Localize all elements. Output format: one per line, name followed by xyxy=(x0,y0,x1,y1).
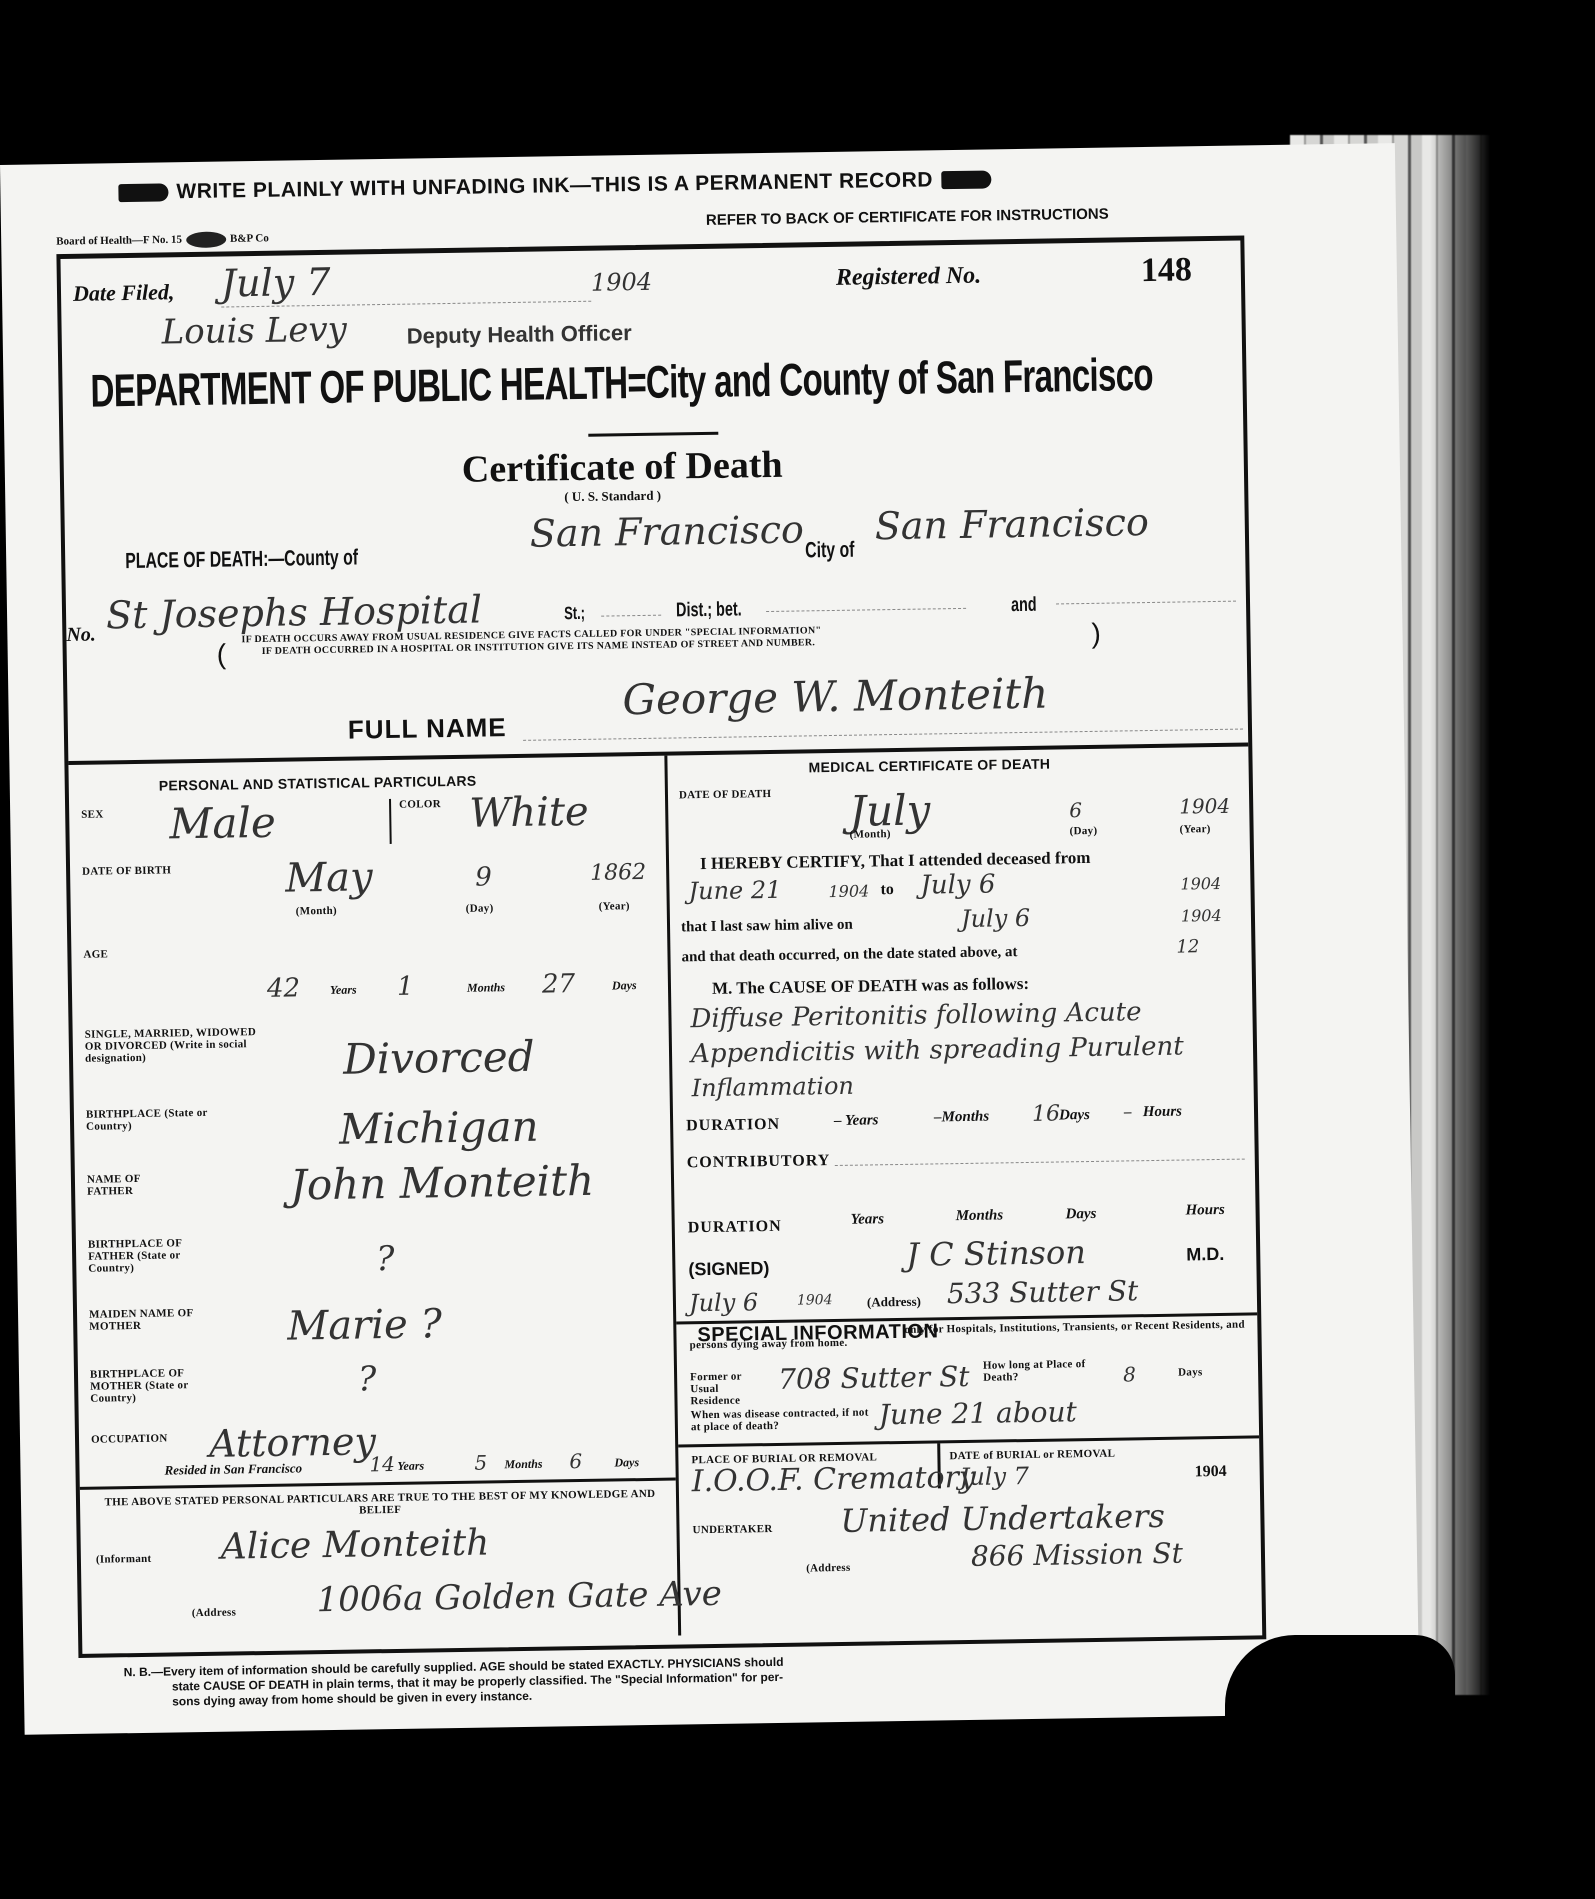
sex-label: SEX xyxy=(81,808,103,820)
burial-place-value: I.O.O.F. Crematory xyxy=(691,1460,976,1499)
resided-days: 6 xyxy=(569,1449,582,1473)
residence-value: 708 Sutter St xyxy=(778,1360,970,1396)
officer-signature: Louis Levy xyxy=(161,310,347,353)
attestation: THE ABOVE STATED PERSONAL PARTICULARS AR… xyxy=(90,1488,670,1521)
burial-date-label: DATE of BURIAL or REMOVAL xyxy=(949,1448,1115,1463)
how-long-value: 8 xyxy=(1123,1362,1136,1386)
certificate-page: WRITE PLAINLY WITH UNFADING INK—THIS IS … xyxy=(0,143,1419,1735)
signed-label: (SIGNED) xyxy=(688,1258,769,1280)
death-time: 12 xyxy=(1176,936,1199,957)
last-saw-label: that I last saw him alive on xyxy=(681,917,853,937)
age-months: 1 xyxy=(397,972,414,1002)
md-label: M.D. xyxy=(1186,1244,1224,1266)
resided-months: 5 xyxy=(474,1451,487,1475)
to-label: to xyxy=(880,881,894,899)
undertaker-label: UNDERTAKER xyxy=(692,1523,772,1536)
dod-day-caption: (Day) xyxy=(1070,825,1098,837)
residence-label: Former or Usual Residence xyxy=(690,1370,771,1407)
number-label: No. xyxy=(66,624,96,647)
thumb-shadow xyxy=(1225,1635,1455,1815)
informant-address: 1006a Golden Gate Ave xyxy=(316,1574,722,1620)
union-seal-icon xyxy=(186,231,226,248)
street-label: St.; xyxy=(564,603,585,624)
resided-days-caption: Days xyxy=(614,1455,639,1470)
undertaker-address-label: (Address xyxy=(806,1562,851,1575)
marital-label: SINGLE, MARRIED, WIDOWED OR DIVORCED (Wr… xyxy=(85,1026,266,1065)
medical-heading: MEDICAL CERTIFICATE OF DEATH xyxy=(808,756,1050,776)
cause-line-1: Diffuse Peritonitis following Acute xyxy=(690,997,1141,1034)
full-name-value: George W. Monteith xyxy=(622,669,1049,725)
marital-value: Divorced xyxy=(343,1032,535,1084)
physician-signature: J C Stinson xyxy=(906,1233,1086,1274)
resided-months-caption: Months xyxy=(504,1457,542,1473)
ink-warning: WRITE PLAINLY WITH UNFADING INK—THIS IS … xyxy=(110,167,999,205)
mother-label: MAIDEN NAME OF MOTHER xyxy=(89,1307,219,1333)
duration2-months: Months xyxy=(956,1207,1004,1225)
signed-year: 1904 xyxy=(797,1292,833,1309)
how-long-label: How long at Place of Death? xyxy=(983,1358,1093,1384)
informant-address-label: (Address xyxy=(192,1606,237,1619)
physician-address: 533 Sutter St xyxy=(947,1274,1139,1310)
attended-to: July 6 xyxy=(920,869,995,900)
birthplace-value: Michigan xyxy=(339,1102,539,1154)
officer-title: Deputy Health Officer xyxy=(407,320,632,350)
burial-date-value: July 7 xyxy=(960,1462,1030,1491)
birthplace-label: BIRTHPLACE (State or Country) xyxy=(86,1107,226,1133)
father-birthplace-label: BIRTHPLACE OF FATHER (State or Country) xyxy=(88,1237,229,1275)
last-saw-year: 1904 xyxy=(1181,906,1222,926)
us-standard: ( U. S. Standard ) xyxy=(564,488,661,506)
county-value: San Francisco xyxy=(530,507,805,555)
duration-months: –Months xyxy=(934,1109,989,1127)
resided-label: Resided in San Francisco xyxy=(164,1460,302,1478)
dod-year: 1904 xyxy=(1179,794,1230,819)
resided-years: 14 xyxy=(369,1452,395,1476)
informant-value: Alice Monteith xyxy=(220,1522,489,1567)
undertaker-value: United Undertakers xyxy=(840,1497,1165,1540)
pointing-hand-icon xyxy=(118,184,168,203)
dob-month: May xyxy=(285,854,373,901)
mother-value: Marie ? xyxy=(287,1301,442,1349)
age-label: AGE xyxy=(83,948,108,960)
certificate-title: Certificate of Death xyxy=(461,443,782,492)
years-caption: Years xyxy=(330,983,357,998)
date-filed-label: Date Filed, xyxy=(73,279,175,307)
dob-label: DATE OF BIRTH xyxy=(82,864,171,877)
year-caption: (Year) xyxy=(599,900,630,912)
dod-label: DATE OF DEATH xyxy=(679,788,772,801)
day-caption: (Day) xyxy=(466,902,494,914)
occupation-label: OCCUPATION xyxy=(91,1433,168,1446)
undertaker-address: 866 Mission St xyxy=(971,1537,1183,1573)
how-long-unit: Days xyxy=(1178,1366,1203,1378)
duration-days-caption: Days xyxy=(1059,1107,1090,1124)
occurred-label: and that death occurred, on the date sta… xyxy=(681,944,1017,966)
attended-from: June 21 xyxy=(688,876,781,905)
attended-to-year: 1904 xyxy=(1180,874,1221,894)
contributory-label: CONTRIBUTORY xyxy=(687,1152,831,1172)
mother-birthplace-value: ? xyxy=(358,1359,377,1399)
age-years: 42 xyxy=(267,973,301,1004)
signed-date: July 6 xyxy=(689,1288,759,1317)
institution-value: St Josephs Hospital xyxy=(106,587,483,637)
duration-years: – Years xyxy=(834,1112,879,1130)
days-caption: Days xyxy=(612,978,637,993)
place-of-death-label: PLACE OF DEATH:—County of xyxy=(125,542,485,574)
date-filed-value: July 7 xyxy=(221,260,331,306)
personal-heading: PERSONAL AND STATISTICAL PARTICULARS xyxy=(159,773,477,794)
resided-years-caption: Years xyxy=(397,1458,424,1473)
and-label: and xyxy=(1011,594,1037,617)
attended-from-year: 1904 xyxy=(828,881,869,901)
duration-label: DURATION xyxy=(686,1116,780,1135)
department-title: DEPARTMENT OF PUBLIC HEALTH=City and Cou… xyxy=(90,346,1214,418)
date-filed-year: 1904 xyxy=(591,268,653,297)
duration-hours: – Hours xyxy=(1124,1104,1182,1122)
father-value: John Monteith xyxy=(290,1156,595,1210)
cause-label: M. The CAUSE OF DEATH was as follows: xyxy=(712,974,1029,999)
months-caption: Months xyxy=(467,980,505,996)
certificate-form: Date Filed, July 7 1904 Registered No. 1… xyxy=(56,235,1266,1657)
last-saw-value: July 6 xyxy=(961,904,1031,933)
dod-day: 6 xyxy=(1069,798,1082,822)
father-birthplace-value: ? xyxy=(376,1239,395,1279)
full-name-label: FULL NAME xyxy=(348,712,507,745)
contracted-label: When was disease contracted, if not at p… xyxy=(691,1406,871,1433)
duration2-hours: Hours xyxy=(1185,1202,1224,1220)
color-label: COLOR xyxy=(399,798,441,811)
pointing-hand-icon xyxy=(941,171,991,190)
cause-line-3: Inflammation xyxy=(691,1072,854,1103)
dob-day: 9 xyxy=(475,862,492,892)
duration2-label: DURATION xyxy=(688,1218,782,1237)
district-label: Dist.; bet. xyxy=(676,598,742,622)
mother-birthplace-label: BIRTHPLACE OF MOTHER (State or Country) xyxy=(90,1367,231,1405)
contracted-value: June 21 about xyxy=(878,1395,1077,1431)
father-label: NAME OF FATHER xyxy=(87,1172,187,1198)
physician-address-label: (Address) xyxy=(867,1294,921,1311)
sex-value: Male xyxy=(169,798,276,849)
color-value: White xyxy=(469,789,589,837)
form-number: Board of Health—F No. 15B&P Co xyxy=(56,231,269,250)
month-caption: (Month) xyxy=(296,905,337,918)
dod-year-caption: (Year) xyxy=(1179,823,1210,835)
dob-year: 1862 xyxy=(590,860,646,886)
registered-number: 148 xyxy=(1141,251,1193,290)
informant-label: (Informant xyxy=(96,1553,152,1566)
duration-days: 16 xyxy=(1032,1101,1060,1126)
duration2-days: Days xyxy=(1065,1206,1096,1223)
city-label: City of xyxy=(805,537,855,564)
duration2-years: Years xyxy=(851,1211,885,1229)
refer-instructions: REFER TO BACK OF CERTIFICATE FOR INSTRUC… xyxy=(706,206,1109,229)
occupation-value: Attorney xyxy=(209,1419,376,1466)
certify-text: I HEREBY CERTIFY, That I attended deceas… xyxy=(700,848,1091,874)
registered-label: Registered No. xyxy=(836,263,982,292)
dod-month-caption: (Month) xyxy=(850,828,891,841)
footnote: N. B.—Every item of information should b… xyxy=(124,1655,785,1710)
city-value: San Francisco xyxy=(874,500,1149,548)
cause-line-2: Appendicitis with spreading Purulent xyxy=(691,1032,1184,1070)
age-days: 27 xyxy=(542,969,576,1000)
burial-year: 1904 xyxy=(1195,1463,1227,1482)
